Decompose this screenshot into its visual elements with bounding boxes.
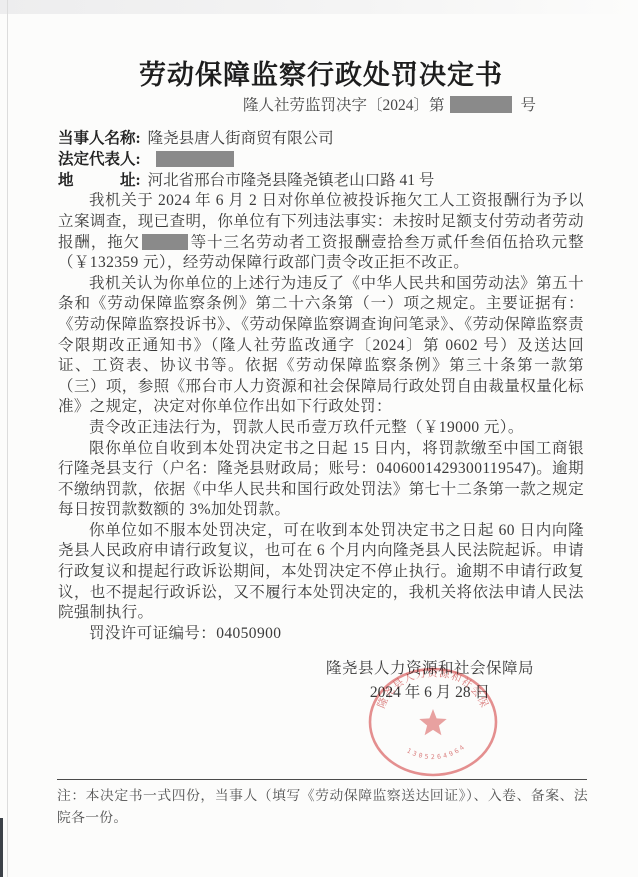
- party-info-block: 当事人名称:隆尧县唐人街商贸有限公司 法定代表人: 地 址:河北省邢台市隆尧县隆…: [58, 129, 584, 191]
- paragraph-appeal-rights: 你单位如不服本处罚决定，可在收到本处罚决定书之日起 60 日内向隆尧县人民政府申…: [58, 521, 584, 624]
- paragraph-penalty: 责令改正违法行为，罚款人民币壹万玖仟元整（￥19000 元）。: [58, 418, 584, 439]
- permit-number-line: 罚没许可证编号：04050900: [58, 624, 584, 645]
- scan-top-shadow: [0, 0, 638, 14]
- worker-name-redaction-box: [142, 234, 188, 250]
- seal-code: 1305264964: [405, 742, 467, 761]
- footnote: 注：本决定书一式四份，当事人（填写《劳动保障监察送达回证》）、入卷、备案、法院各…: [57, 785, 588, 828]
- seal-star-icon: [419, 709, 446, 735]
- paragraph-payment: 限你单位自收到本处罚决定书之日起 15 日内，将罚款缴至中国工商银行隆尧县支行（…: [58, 439, 584, 521]
- scan-left-edge: [0, 818, 3, 877]
- legal-rep-row: 法定代表人:: [58, 150, 584, 171]
- doc-number-prefix: 隆人社劳监罚决字〔2024〕第: [243, 97, 445, 114]
- document-title: 劳动保障监察行政处罚决定书: [58, 58, 584, 92]
- paragraph-legal-basis: 我机关认为你单位的上述行为违反了《中华人民共和国劳动法》第五十条和《劳动保障监察…: [58, 274, 584, 418]
- legal-rep-label: 法定代表人:: [58, 151, 141, 168]
- document-body: 劳动保障监察行政处罚决定书 隆人社劳监罚决字〔2024〕第号 当事人名称:隆尧县…: [58, 58, 584, 705]
- party-name-label: 当事人名称:: [58, 130, 141, 147]
- doc-number-suffix: 号: [520, 97, 536, 114]
- party-name-value: 隆尧县唐人街商贸有限公司: [148, 130, 334, 147]
- svg-text:1305264964: 1305264964: [405, 742, 467, 761]
- doc-number-redaction-box: [450, 96, 512, 113]
- scanned-page: 劳动保障监察行政处罚决定书 隆人社劳监罚决字〔2024〕第号 当事人名称:隆尧县…: [0, 0, 638, 877]
- party-name-row: 当事人名称:隆尧县唐人街商贸有限公司: [58, 129, 584, 150]
- doc-number-line: 隆人社劳监罚决字〔2024〕第号: [58, 95, 584, 117]
- signature-block: 隆尧县人力资源和社会保障局 2024 年 6 月 28 日: [326, 657, 534, 705]
- signature-agency: 隆尧县人力资源和社会保障局: [326, 657, 534, 681]
- address-value: 河北省邢台市隆尧县隆尧镇老山口路 41 号: [148, 172, 435, 189]
- legal-rep-redaction-box: [156, 151, 234, 167]
- footer-divider: [57, 779, 587, 780]
- address-label: 地 址:: [58, 172, 141, 189]
- decision-text: 我机关于 2024 年 6 月 2 日对你单位被投诉拖欠工人工资报酬行为予以立案…: [58, 191, 584, 644]
- paragraph-facts: 我机关于 2024 年 6 月 2 日对你单位被投诉拖欠工人工资报酬行为予以立案…: [58, 191, 584, 273]
- signature-date: 2024 年 6 月 28 日: [326, 681, 534, 705]
- scan-left-crease: [7, 0, 8, 877]
- address-row: 地 址:河北省邢台市隆尧县隆尧镇老山口路 41 号: [58, 171, 584, 192]
